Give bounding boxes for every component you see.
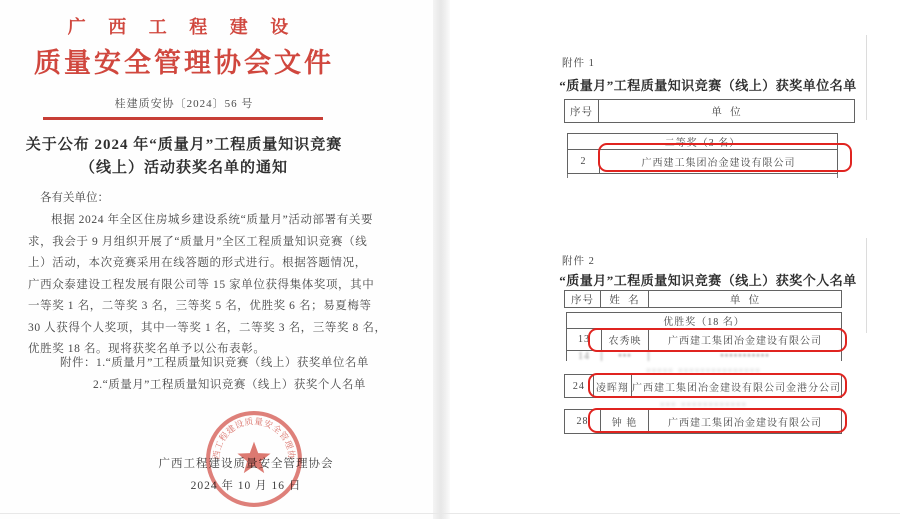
row-unit: 广西建工集团冶金建设有限公司 xyxy=(649,410,841,433)
table-row: 2 广西建工集团冶金建设有限公司 xyxy=(568,150,837,173)
viewer-bottom-border xyxy=(0,513,900,514)
column-header-no: 序号 xyxy=(565,100,599,122)
person-table-row28-block: 28 钟 艳 广西建工集团冶金建设有限公司 xyxy=(564,409,842,434)
row-unit: 广西建工集团冶金建设有限公司 xyxy=(600,150,837,173)
illegible-row-fragment: ••• •••••••••••• xyxy=(570,400,838,407)
column-header-unit: 单 位 xyxy=(599,100,854,122)
svg-text:广西工程建设质量安全管理协会: 广西工程建设质量安全管理协会 xyxy=(203,408,298,460)
row-no: 28 xyxy=(565,410,601,433)
attachment-list-line1: 附件：1.“质量月”工程质量知识竞赛（线上）获奖单位名单 xyxy=(60,354,369,370)
page-edge-mark xyxy=(866,238,867,333)
seal-text: 广西工程建设质量安全管理协会 xyxy=(203,408,298,460)
issuer-name: 广西工程建设质量安全管理协会 xyxy=(60,455,432,471)
award-tier-row: 二等奖（3 名） xyxy=(568,134,837,150)
body-line: 求，我会于 9 月组织开展了“质量月”全区工程质量知识竞赛（线 xyxy=(28,232,418,254)
page-gutter-divider xyxy=(433,0,450,519)
table-row-faded: 14 ••• ••••••••••• xyxy=(567,351,841,361)
body-line: 根据 2024 年全区住房城乡建设系统“质量月”活动部署有关要 xyxy=(28,210,418,232)
illegible-row-fragment: ••••• ••••••••••••••• xyxy=(570,366,838,374)
attachment-list-line2: 2.“质量月”工程质量知识竞赛（线上）获奖个人名单 xyxy=(93,376,366,392)
body-line: 30 人获得个人奖项，其中一等奖 1 名，二等奖 3 名，三等奖 8 名， xyxy=(28,318,418,340)
row-unit: ••••••••••• xyxy=(649,351,841,361)
row-no: 13 xyxy=(567,329,602,350)
body-paragraph: 根据 2024 年全区住房城乡建设系统“质量月”活动部署有关要 求，我会于 9 … xyxy=(28,210,418,361)
row-unit: 广西建工集团冶金建设有限公司金港分公司 xyxy=(632,375,841,397)
column-header-unit: 单 位 xyxy=(649,291,841,307)
cropped-row-sliver xyxy=(567,174,838,178)
notice-title-line1: 关于公布 2024 年“质量月”工程质量知识竞赛 xyxy=(0,133,368,154)
table-row: 13 农秀映 广西建工集团冶金建设有限公司 xyxy=(567,329,841,351)
body-line: 上）活动，本次竞赛采用在线答题的形式进行。根据答题情况， xyxy=(28,253,418,275)
table-row: 28 钟 艳 广西建工集团冶金建设有限公司 xyxy=(565,410,841,433)
body-line: 一等奖 1 名，二等奖 3 名，三等奖 5 名，优胜奖 6 名；易夏梅等 xyxy=(28,296,418,318)
attachment1-title: “质量月”工程质量知识竞赛（线上）获奖单位名单 xyxy=(558,75,858,94)
attachment2-title: “质量月”工程质量知识竞赛（线上）获奖个人名单 xyxy=(558,270,858,289)
left-page: 广 西 工 程 建 设 质量安全管理协会文件 桂建质安协〔2024〕56 号 关… xyxy=(0,0,437,519)
body-line: 广西众泰建设工程发展有限公司等 15 家单位获得集体奖项，其中 xyxy=(28,275,418,297)
salutation: 各有关单位： xyxy=(40,189,109,205)
right-page: 附件 1 “质量月”工程质量知识竞赛（线上）获奖单位名单 序号 单 位 二等奖（… xyxy=(450,0,900,519)
unit-table-section: 二等奖（3 名） 2 广西建工集团冶金建设有限公司 xyxy=(567,133,838,174)
page-edge-mark xyxy=(866,35,867,120)
row-no: 2 xyxy=(568,150,600,173)
row-name: ••• xyxy=(602,351,649,361)
notice-title-line2: （线上）活动获奖名单的通知 xyxy=(0,156,368,177)
table-row: 24 凌晖翔 广西建工集团冶金建设有限公司金港分公司 xyxy=(565,375,841,397)
row-no: 14 xyxy=(567,351,602,361)
unit-table-header: 序号 单 位 xyxy=(564,99,855,123)
award-tier-row: 优胜奖（18 名） xyxy=(567,313,841,329)
issue-date: 2024 年 10 月 16 日 xyxy=(60,477,432,493)
column-header-no: 序号 xyxy=(565,291,601,307)
row-name: 农秀映 xyxy=(602,329,649,350)
row-no: 24 xyxy=(565,375,594,397)
document-number: 桂建质安协〔2024〕56 号 xyxy=(0,95,368,111)
document-viewer: 广 西 工 程 建 设 质量安全管理协会文件 桂建质安协〔2024〕56 号 关… xyxy=(0,0,900,519)
row-name: 凌晖翔 xyxy=(594,375,632,397)
red-rule-divider xyxy=(43,117,323,120)
row-unit: 广西建工集团冶金建设有限公司 xyxy=(649,329,841,350)
person-table-section: 优胜奖（18 名） 13 农秀映 广西建工集团冶金建设有限公司 14 ••• •… xyxy=(566,312,842,361)
letterhead-line1: 广 西 工 程 建 设 xyxy=(0,13,365,39)
person-table-header: 序号 姓 名 单 位 xyxy=(564,290,842,308)
row-name: 钟 艳 xyxy=(601,410,649,433)
column-header-name: 姓 名 xyxy=(601,291,649,307)
attachment1-label: 附件 1 xyxy=(562,55,595,70)
letterhead-line2: 质量安全管理协会文件 xyxy=(0,41,368,80)
attachment2-label: 附件 2 xyxy=(562,253,595,268)
person-table-row24-block: 24 凌晖翔 广西建工集团冶金建设有限公司金港分公司 xyxy=(564,374,842,398)
